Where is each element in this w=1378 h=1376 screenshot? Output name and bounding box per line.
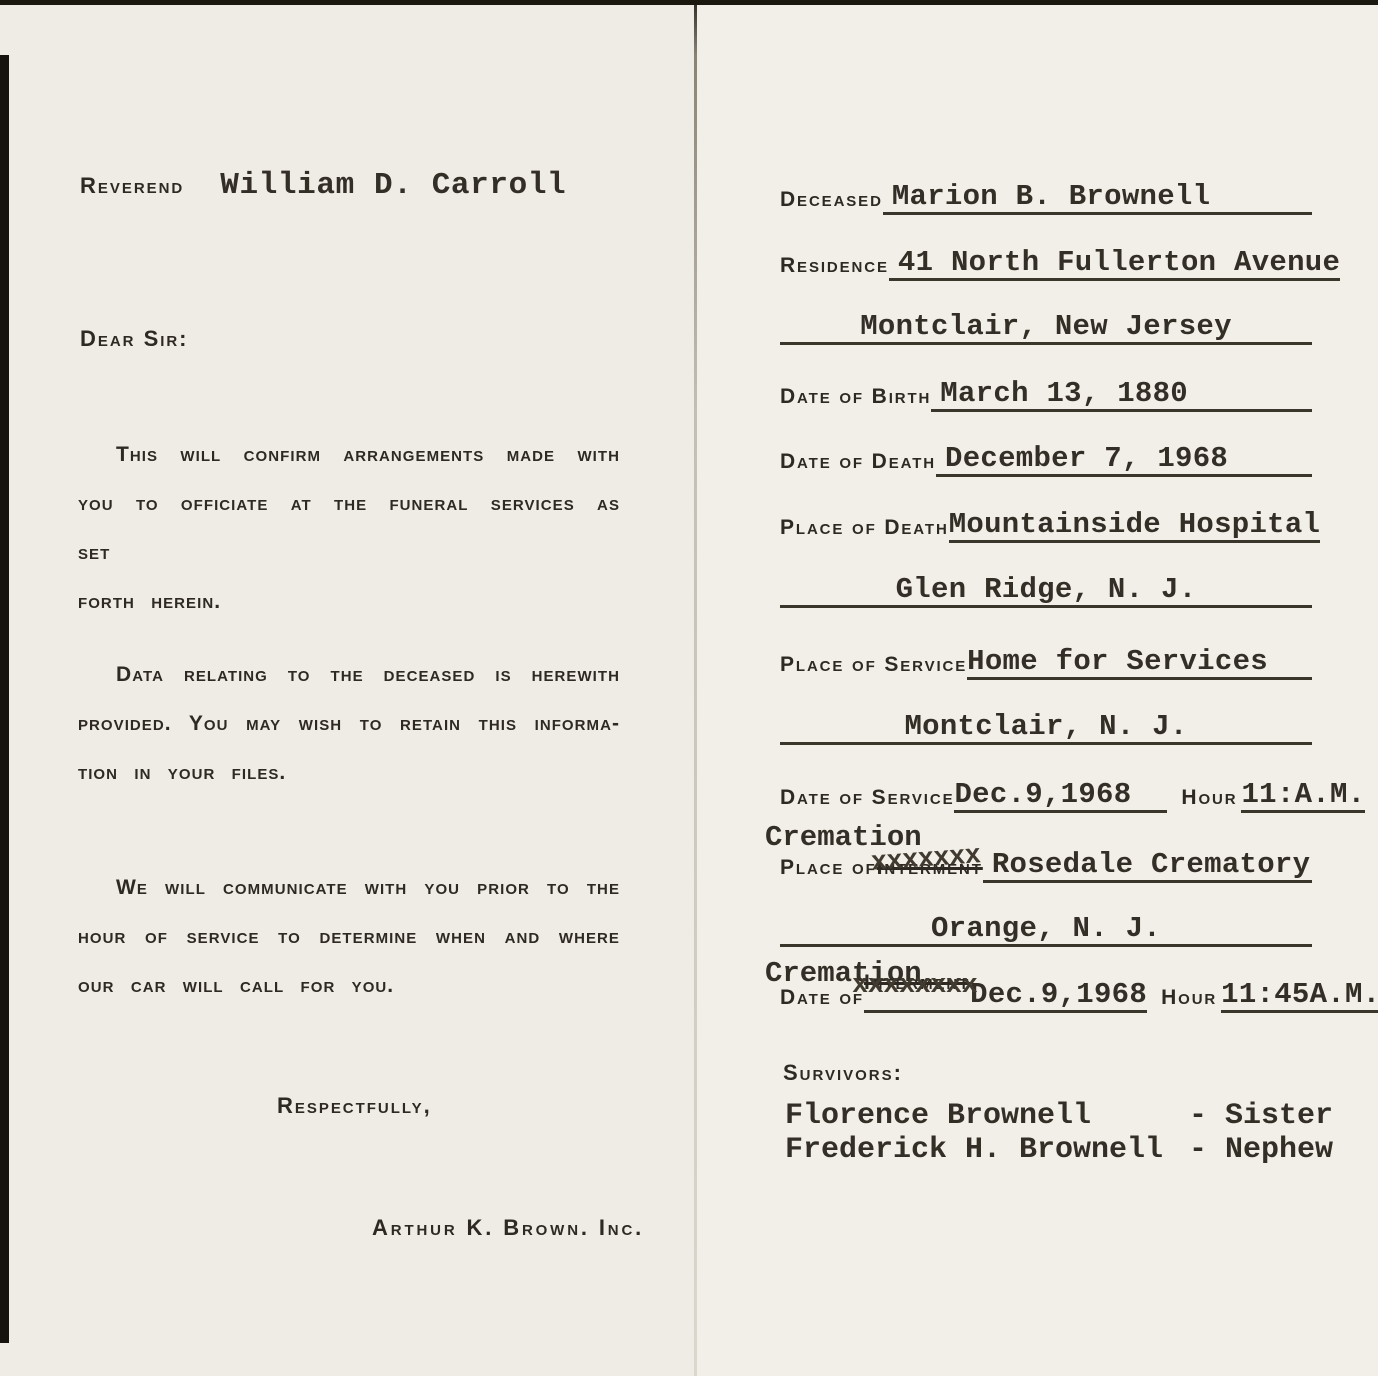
place-of-interment-value: Rosedale Crematory: [983, 850, 1310, 880]
form-row-place-of-service: Place of Service Home for Services: [780, 634, 1312, 680]
paragraph-line: forth herein.: [78, 577, 620, 626]
paragraph-line: tion in your files.: [78, 748, 620, 797]
scanned-funeral-confirmation-card: Reverend William D. Carroll Dear Sir: Th…: [0, 0, 1378, 1376]
form-underline: Montclair, New Jersey: [780, 306, 1312, 345]
form-row-residence: Residence 41 North Fullerton Avenue: [780, 235, 1312, 281]
place-of-death-value-line2: Glen Ridge, N. J.: [896, 575, 1197, 605]
form-row-place-of-service-line2: Montclair, N. J.: [780, 699, 1312, 745]
survivors-label: Survivors:: [783, 1060, 903, 1086]
form-row-place-of-interment-line2: Orange, N. J.: [780, 901, 1312, 947]
form-row-date-of-birth: Date of Birth March 13, 1880: [780, 366, 1312, 412]
date-of-birth-value: March 13, 1880: [931, 379, 1188, 409]
form-underline: 11:A.M.: [1241, 774, 1365, 813]
letter-paragraph-2: Data relating to the deceased is herewit…: [78, 650, 620, 797]
hour-of-service-value: 11:A.M.: [1241, 780, 1365, 810]
form-underline: Glen Ridge, N. J.: [780, 569, 1312, 608]
survivor-relation: - Sister: [1189, 1100, 1333, 1132]
struck-interment-word: Interment xxxxxxxx: [864, 971, 970, 1013]
form-underline: Dec.9,1968: [970, 974, 1147, 1013]
form-underline: Marion B. Brownell: [883, 176, 1312, 215]
recipient-name: William D. Carroll: [220, 168, 566, 203]
residence-value: 41 North Fullerton Avenue: [889, 248, 1340, 278]
date-of-service-label: Date of Service: [780, 786, 954, 813]
paragraph-line: hour of service to determine when and wh…: [78, 912, 620, 961]
form-row-date-of-death: Date of Death December 7, 1968: [780, 431, 1312, 477]
form-underline: March 13, 1880: [931, 373, 1312, 412]
deceased-label: Deceased: [780, 188, 883, 215]
form-underline: Montclair, N. J.: [780, 706, 1312, 745]
scan-edge-left: [0, 55, 9, 1343]
struck-interment-word: Interment xxxxxxx: [877, 856, 983, 883]
letter-paragraph-3: We will communicate with you prior to th…: [78, 863, 620, 1010]
place-of-death-value: Mountainside Hospital: [949, 510, 1321, 540]
paragraph-line: provided. You may wish to retain this in…: [78, 699, 620, 748]
form-underline: Orange, N. J.: [780, 908, 1312, 947]
hour-label: Hour: [1147, 986, 1221, 1013]
paragraph-line: Data relating to the deceased is herewit…: [78, 650, 620, 699]
form-underline: Home for Services: [967, 641, 1312, 680]
survivor-row: Frederick H. Brownell - Nephew: [785, 1134, 1333, 1166]
closing: Respectfully,: [277, 1093, 432, 1119]
date-of-interment-value: Dec.9,1968: [970, 980, 1147, 1010]
recipient-line: Reverend William D. Carroll: [80, 168, 566, 203]
date-of-death-label: Date of Death: [780, 450, 936, 477]
reverend-label: Reverend: [80, 173, 184, 199]
scan-edge-top: [0, 0, 1378, 5]
form-row-place-of-interment: Place of Interment xxxxxxx Rosedale Crem…: [780, 837, 1312, 883]
form-underline: Rosedale Crematory: [983, 844, 1312, 883]
survivor-row: Florence Brownell - Sister: [785, 1100, 1333, 1132]
place-of-interment-value-line2: Orange, N. J.: [931, 914, 1161, 944]
typed-x-overstrike: xxxxxxxx: [852, 973, 977, 1000]
form-underline: 11:45A.M.: [1221, 974, 1378, 1013]
greeting: Dear Sir:: [80, 326, 189, 352]
hour-label: Hour: [1167, 786, 1241, 813]
place-of-service-label: Place of Service: [780, 653, 967, 680]
paragraph-line: you to officiate at the funeral services…: [78, 479, 620, 577]
residence-label: Residence: [780, 254, 889, 281]
paragraph-line: This will confirm arrangements made with: [78, 430, 620, 479]
date-of-birth-label: Date of Birth: [780, 385, 931, 412]
form-underline: Dec.9,1968: [954, 774, 1167, 813]
form-underline: December 7, 1968: [936, 438, 1312, 477]
paragraph-line: our car will call for you.: [78, 961, 620, 1010]
form-underline: 41 North Fullerton Avenue: [889, 242, 1340, 281]
hour-of-interment-value: 11:45A.M.: [1221, 980, 1378, 1010]
form-row-deceased: Deceased Marion B. Brownell: [780, 169, 1312, 215]
date-of-death-value: December 7, 1968: [936, 444, 1228, 474]
center-fold-line: [694, 0, 697, 1376]
residence-value-line2: Montclair, New Jersey: [860, 312, 1232, 342]
place-of-interment-label-prefix: Place of: [780, 856, 877, 883]
form-row-residence-line2: Montclair, New Jersey: [780, 299, 1312, 345]
survivor-name: Frederick H. Brownell: [785, 1134, 1163, 1166]
form-underline: Mountainside Hospital: [949, 504, 1321, 543]
funeral-home-signature: Arthur K. Brown. Inc.: [372, 1215, 644, 1241]
survivor-relation: - Nephew: [1189, 1134, 1333, 1166]
form-row-place-of-death: Place of Death Mountainside Hospital: [780, 497, 1312, 543]
place-of-death-label: Place of Death: [780, 516, 949, 543]
place-of-service-value: Home for Services: [967, 647, 1268, 677]
place-of-service-value-line2: Montclair, N. J.: [904, 712, 1187, 742]
date-of-service-value: Dec.9,1968: [954, 780, 1131, 810]
letter-paragraph-1: This will confirm arrangements made with…: [78, 430, 620, 626]
paragraph-line: We will communicate with you prior to th…: [78, 863, 620, 912]
form-row-place-of-death-line2: Glen Ridge, N. J.: [780, 562, 1312, 608]
form-row-date-of-interment: Date of Interment xxxxxxxx Dec.9,1968 Ho…: [780, 967, 1312, 1013]
survivor-name: Florence Brownell: [785, 1100, 1091, 1132]
form-row-date-of-service: Date of Service Dec.9,1968 Hour 11:A.M.: [780, 767, 1312, 813]
deceased-value: Marion B. Brownell: [883, 182, 1210, 212]
